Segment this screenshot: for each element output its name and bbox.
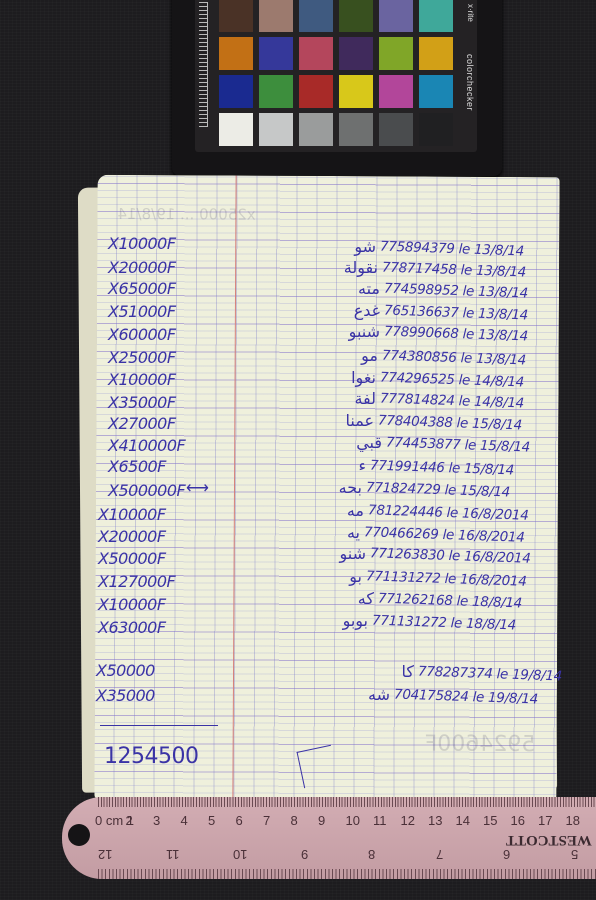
color-patch bbox=[259, 0, 293, 32]
phone-number: 774296525 bbox=[380, 369, 459, 388]
ruler-cm-label: 8 bbox=[291, 813, 298, 828]
color-patch bbox=[219, 0, 253, 32]
amount-entry: X10000F bbox=[98, 505, 166, 524]
ruler-cm-label: 10 bbox=[346, 813, 360, 828]
color-patch bbox=[299, 113, 333, 146]
amount-entry: X127000F bbox=[98, 572, 175, 591]
phone-number: 771824729 bbox=[366, 479, 445, 498]
phone-number: 774380856 bbox=[382, 347, 461, 366]
phone-number: 778404388 bbox=[378, 412, 457, 431]
phone-number: 778287374 bbox=[418, 663, 497, 682]
handwritten-name: شو bbox=[354, 237, 376, 256]
entry-date: le 14/8/14 bbox=[458, 372, 524, 390]
phone-number: 778717458 bbox=[382, 259, 461, 278]
color-patch bbox=[339, 0, 373, 32]
entry-date: le 18/8/14 bbox=[456, 593, 522, 611]
entry-date: le 15/8/14 bbox=[456, 415, 522, 433]
handwritten-name: نغوا bbox=[351, 368, 376, 387]
ruler: 0 cm 123456789101112131415161718 1211109… bbox=[62, 797, 596, 879]
amount-entry: X60000F bbox=[108, 325, 176, 344]
ruler-inch-label: 6 bbox=[503, 847, 510, 862]
entry-date: le 16/8/2014 bbox=[448, 548, 530, 567]
handwritten-name: بوبو bbox=[343, 611, 368, 630]
ruler-cm-label: 15 bbox=[483, 813, 497, 828]
ruler-cm-label: 17 bbox=[538, 813, 552, 828]
color-patch bbox=[259, 75, 293, 108]
ruler-cm-label: 5 bbox=[208, 813, 215, 828]
color-patch bbox=[419, 0, 453, 32]
amount-entry: X500000F bbox=[108, 481, 185, 500]
phone-number: 775894379 bbox=[380, 238, 459, 257]
color-checker-card: x·rite colorchecker bbox=[195, 0, 477, 152]
ruler-cm-label: 9 bbox=[318, 813, 325, 828]
amount-entry: X35000 bbox=[96, 686, 155, 705]
ruler-cm-label: 4 bbox=[181, 813, 188, 828]
ruler-cm-ticks bbox=[98, 797, 596, 807]
color-patch bbox=[419, 113, 453, 146]
handwritten-name: شنبو bbox=[349, 322, 380, 341]
phone-number: 771262168 bbox=[378, 590, 457, 609]
entry-date: le 18/8/14 bbox=[450, 615, 516, 633]
amount-entry: X20000F bbox=[98, 527, 166, 546]
pen-mark bbox=[297, 745, 339, 788]
double-arrow-icon: ⟷ bbox=[186, 484, 234, 494]
color-patch bbox=[379, 0, 413, 32]
color-patch bbox=[419, 75, 453, 108]
entry-date: le 16/8/2014 bbox=[446, 505, 528, 524]
handwritten-name: نقولة bbox=[344, 258, 378, 277]
amount-entry: X6500F bbox=[108, 457, 166, 476]
color-patch bbox=[379, 113, 413, 146]
amount-entry: X27000F bbox=[108, 414, 176, 433]
ruler-cm-label: 11 bbox=[373, 813, 387, 828]
color-patch bbox=[339, 37, 373, 70]
color-patch bbox=[299, 0, 333, 32]
amount-entry: X410000F bbox=[108, 436, 185, 455]
phone-number: 765136637 bbox=[384, 302, 463, 321]
entry-date: le 14/8/14 bbox=[458, 393, 524, 411]
handwritten-name: مو bbox=[361, 346, 378, 365]
amount-entry: X25000F bbox=[108, 348, 176, 367]
phone-number: 771131272 bbox=[372, 612, 451, 631]
ruler-inch-label: 11 bbox=[166, 847, 180, 862]
checker-product: colorchecker bbox=[465, 54, 475, 111]
handwritten-name: شنو bbox=[340, 544, 367, 563]
color-patch bbox=[259, 37, 293, 70]
color-patch bbox=[339, 113, 373, 146]
entry-date: le 13/8/14 bbox=[460, 350, 526, 368]
amount-entry: X35000F bbox=[108, 393, 176, 412]
phone-number: 778990668 bbox=[384, 323, 463, 342]
phone-number: 774598952 bbox=[384, 280, 463, 299]
color-patch bbox=[219, 113, 253, 146]
handwritten-name: عمنا bbox=[346, 411, 375, 430]
handwritten-name: مته bbox=[358, 279, 380, 298]
ruler-cm-label: 6 bbox=[236, 813, 243, 828]
entry-date: le 13/8/14 bbox=[462, 283, 528, 301]
ruler-cm-label: 14 bbox=[456, 813, 470, 828]
ruler-cm-label: 13 bbox=[428, 813, 442, 828]
color-patch bbox=[219, 37, 253, 70]
color-patch bbox=[379, 37, 413, 70]
phone-number: 771131272 bbox=[366, 568, 445, 587]
ruler-inch-label: 9 bbox=[301, 847, 308, 862]
sum-underline bbox=[100, 725, 218, 726]
ruler-cm-label: 16 bbox=[511, 813, 525, 828]
phone-number: 777814824 bbox=[380, 390, 459, 409]
ruler-brand: WESTCOTT bbox=[506, 831, 592, 848]
phone-number: 771991446 bbox=[370, 457, 449, 476]
handwritten-name: غدع bbox=[354, 301, 380, 320]
ruler-cm-label: 18 bbox=[566, 813, 580, 828]
checker-brand: x·rite bbox=[466, 4, 475, 22]
handwritten-name: مه bbox=[347, 501, 364, 520]
amount-entry: X63000F bbox=[98, 618, 166, 637]
amount-entry: X65000F bbox=[108, 279, 176, 298]
entry-date: le 19/8/14 bbox=[496, 666, 562, 684]
handwritten-name: كا bbox=[402, 662, 415, 681]
ruler-inch-label: 12 bbox=[98, 847, 112, 862]
entry-date: le 16/8/2014 bbox=[442, 527, 524, 546]
amount-entry: X10000F bbox=[108, 370, 176, 389]
phone-number: 771263830 bbox=[370, 545, 449, 564]
amount-entry: X50000 bbox=[96, 661, 155, 680]
entry-date: le 13/8/14 bbox=[458, 241, 524, 259]
entry-date: le 19/8/14 bbox=[472, 689, 538, 707]
entry-date: le 13/8/14 bbox=[460, 262, 526, 280]
entry-date: le 13/8/14 bbox=[462, 326, 528, 344]
amount-entry: X10000F bbox=[108, 234, 176, 253]
ruler-cm-label: 3 bbox=[153, 813, 160, 828]
phone-number: 704175824 bbox=[394, 686, 473, 705]
ruler-cm-label: 12 bbox=[401, 813, 415, 828]
bleed-through-total: 5924600F bbox=[425, 732, 536, 758]
entry-date: le 13/8/14 bbox=[462, 305, 528, 323]
ruler-inch-ticks bbox=[98, 869, 596, 879]
ruler-cm-label: 7 bbox=[263, 813, 270, 828]
handwritten-name: كه bbox=[358, 589, 374, 608]
amount-entry: X51000F bbox=[108, 302, 176, 321]
checker-scale bbox=[199, 2, 208, 127]
phone-number: 770466269 bbox=[364, 524, 443, 543]
ruler-cm-label: 2 bbox=[126, 813, 133, 828]
handwritten-name: بو bbox=[349, 567, 362, 586]
color-patch bbox=[219, 75, 253, 108]
ruler-hole bbox=[68, 824, 90, 846]
amount-entry: X20000F bbox=[108, 258, 176, 277]
amount-entry: X10000F bbox=[98, 595, 166, 614]
handwritten-name: بحه bbox=[339, 478, 362, 497]
color-patch bbox=[259, 113, 293, 146]
color-patch bbox=[299, 37, 333, 70]
color-patch bbox=[419, 37, 453, 70]
handwritten-name: قبي bbox=[356, 433, 382, 452]
color-patch bbox=[299, 75, 333, 108]
color-patch bbox=[339, 75, 373, 108]
ruler-inch-label: 7 bbox=[436, 847, 443, 862]
ruler-inch-label: 8 bbox=[368, 847, 375, 862]
ruler-inch-label: 5 bbox=[571, 847, 578, 862]
color-patch bbox=[379, 75, 413, 108]
handwritten-name: شه bbox=[368, 685, 390, 704]
phone-number: 774453877 bbox=[386, 434, 465, 453]
handwritten-name: يه bbox=[347, 523, 360, 542]
amount-entry: X50000F bbox=[98, 549, 166, 568]
phone-number: 781224446 bbox=[368, 502, 447, 521]
handwritten-name: لفة bbox=[354, 389, 376, 408]
handwritten-name: ء bbox=[358, 456, 366, 475]
entry-date: le 15/8/14 bbox=[464, 437, 530, 455]
entry-date: le 15/8/14 bbox=[448, 460, 514, 478]
bleed-through-text: x25000 ... 19/8/14 bbox=[117, 205, 255, 224]
entry-date: le 16/8/2014 bbox=[444, 571, 526, 590]
total-amount: 1254500 bbox=[104, 744, 198, 769]
entry-date: le 15/8/14 bbox=[444, 482, 510, 500]
ruler-inch-label: 10 bbox=[233, 847, 247, 862]
